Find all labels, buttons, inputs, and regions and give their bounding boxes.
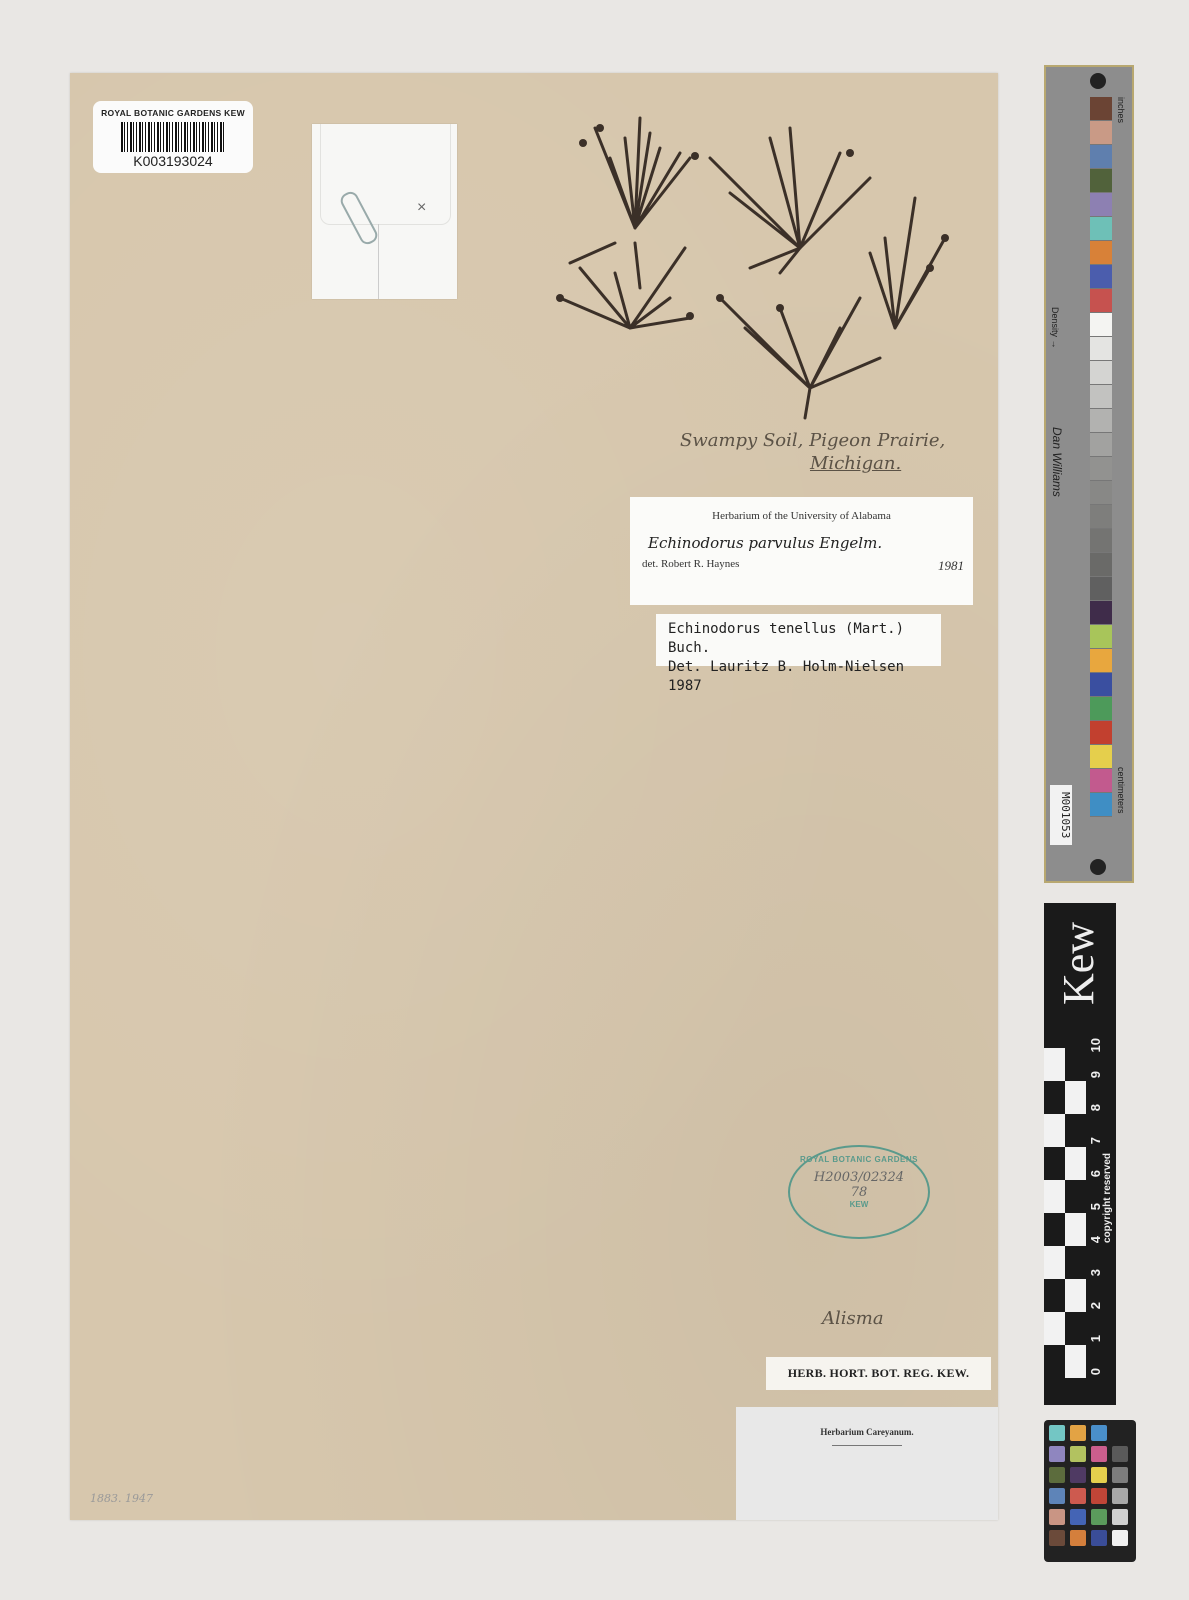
determiner-row: det. Robert R. Haynes 1981 <box>642 558 964 574</box>
color-patch <box>1090 121 1112 145</box>
checker-patch <box>1112 1509 1128 1525</box>
locality-line2: Michigan. <box>810 453 980 474</box>
herbarium-header: Herbarium of the University of Alabama <box>630 510 973 522</box>
color-patch <box>1090 721 1112 745</box>
color-patch <box>1090 505 1112 529</box>
checker-patch <box>1049 1467 1065 1483</box>
color-patch <box>1090 601 1112 625</box>
color-patch <box>1090 385 1112 409</box>
checker-patch <box>1091 1530 1107 1546</box>
color-patch <box>1090 241 1112 265</box>
color-patch <box>1090 193 1112 217</box>
locality-line1: Swampy Soil, Pigeon Prairie, <box>680 430 945 451</box>
scale-number: 5 <box>1088 1203 1103 1210</box>
color-patch <box>1090 577 1112 601</box>
color-patch <box>1090 145 1112 169</box>
color-patch <box>1090 217 1112 241</box>
det-taxon: Echinodorus tenellus (Mart.) Buch. <box>668 620 941 658</box>
color-checker-grid <box>1049 1425 1128 1546</box>
kew-logo: Kew <box>1050 918 1108 1008</box>
locality-note: Swampy Soil, Pigeon Prairie, Michigan. <box>680 430 980 474</box>
barcode-bars <box>121 122 225 152</box>
cm-scale <box>1044 1038 1086 1378</box>
checker-patch <box>1112 1446 1128 1462</box>
kew-scale-bar: Kew 012345678910 copyright reserved <box>1044 903 1116 1405</box>
carey-rule <box>832 1445 902 1446</box>
checker-patch <box>1091 1509 1107 1525</box>
color-patch <box>1090 337 1112 361</box>
checker-patch <box>1049 1446 1065 1462</box>
checker-patch <box>1070 1446 1086 1462</box>
mount-hole-icon <box>1090 859 1106 875</box>
color-patch <box>1090 745 1112 769</box>
checker-patch <box>1070 1425 1086 1441</box>
packet-slit <box>378 224 379 299</box>
color-patch <box>1090 361 1112 385</box>
determiner: det. Robert R. Haynes <box>642 558 739 574</box>
checker-patch <box>1112 1488 1128 1504</box>
density-label: Density → <box>1050 307 1060 349</box>
checker-patch <box>1070 1530 1086 1546</box>
color-patch <box>1090 553 1112 577</box>
color-patch <box>1090 313 1112 337</box>
scale-number: 4 <box>1088 1236 1103 1243</box>
scale-number: 6 <box>1088 1170 1103 1177</box>
stamp-accession: H2003/02324 <box>790 1170 928 1185</box>
checker-patch <box>1091 1467 1107 1483</box>
color-patch <box>1090 481 1112 505</box>
color-patch <box>1090 769 1112 793</box>
alabama-determination-label: Herbarium of the University of Alabama E… <box>630 497 973 605</box>
packet-mark: × <box>417 199 426 217</box>
color-patch <box>1090 673 1112 697</box>
taxon-name: Echinodorus parvulus Engelm. <box>648 534 973 552</box>
determination-slip: Echinodorus tenellus (Mart.) Buch. Det. … <box>656 614 941 666</box>
color-patch <box>1090 409 1112 433</box>
color-calibration-bar: inches centimeters Density → Dan William… <box>1044 65 1134 883</box>
color-patch <box>1090 97 1112 121</box>
barcode-label: ROYAL BOTANIC GARDENS KEW K003193024 <box>93 101 253 173</box>
checker-patch <box>1070 1509 1086 1525</box>
stamp-bottom-text: KEW <box>790 1200 928 1209</box>
checker-patch <box>1049 1509 1065 1525</box>
fragment-packet: × <box>312 124 457 299</box>
checker-patch <box>1070 1488 1086 1504</box>
checker-patch <box>1049 1488 1065 1504</box>
checker-patch <box>1112 1467 1128 1483</box>
stamp-top-text: ROYAL BOTANIC GARDENS <box>790 1155 928 1164</box>
copyright-text: copyright reserved <box>1102 1048 1113 1348</box>
checker-patch <box>1112 1425 1128 1441</box>
kew-herbarium-label: HERB. HORT. BOT. REG. KEW. <box>766 1357 991 1390</box>
color-patch <box>1090 697 1112 721</box>
plant-specimens <box>540 98 980 428</box>
scale-number: 2 <box>1088 1302 1103 1309</box>
packet-flap <box>320 124 451 225</box>
det-determiner: Det. Lauritz B. Holm-Nielsen 1987 <box>668 658 941 696</box>
scale-number: 1 <box>1088 1335 1103 1342</box>
checker-patch <box>1112 1530 1128 1546</box>
color-patch <box>1090 433 1112 457</box>
scale-number: 8 <box>1088 1104 1103 1111</box>
scale-number: 0 <box>1088 1368 1103 1375</box>
checker-patch <box>1049 1425 1065 1441</box>
color-patch <box>1090 289 1112 313</box>
color-patch <box>1090 529 1112 553</box>
barcode-number: K003193024 <box>93 153 253 169</box>
checker-patch <box>1091 1488 1107 1504</box>
pencil-note: 1883. 1947 <box>90 1492 153 1505</box>
genus-annotation: Alisma <box>822 1308 884 1329</box>
color-patch <box>1090 625 1112 649</box>
color-patch <box>1090 793 1112 817</box>
checker-patch <box>1091 1425 1107 1441</box>
carey-title: Herbarium Careyanum. <box>736 1427 998 1437</box>
color-patch <box>1090 265 1112 289</box>
color-patches <box>1090 97 1112 817</box>
centimeters-label: centimeters <box>1116 767 1126 814</box>
color-patch <box>1090 457 1112 481</box>
color-bar-code: M001053 <box>1050 785 1072 845</box>
scale-number: 3 <box>1088 1269 1103 1276</box>
mount-hole-icon <box>1090 73 1106 89</box>
stamp-number: 78 <box>790 1185 928 1200</box>
checker-patch <box>1070 1467 1086 1483</box>
kew-accession-stamp: ROYAL BOTANIC GARDENS H2003/02324 78 KEW <box>788 1145 930 1239</box>
scale-number: 7 <box>1088 1137 1103 1144</box>
checker-patch <box>1049 1530 1065 1546</box>
institution-name: ROYAL BOTANIC GARDENS KEW <box>93 108 253 118</box>
color-patch <box>1090 169 1112 193</box>
brand-label: Dan Williams <box>1050 427 1064 497</box>
carey-herbarium-label: Herbarium Careyanum. <box>736 1407 998 1520</box>
color-checker-card <box>1044 1420 1136 1562</box>
color-patch <box>1090 649 1112 673</box>
checker-patch <box>1091 1446 1107 1462</box>
scale-number: 10 <box>1088 1038 1103 1052</box>
det-year: 1981 <box>938 558 964 574</box>
scale-number: 9 <box>1088 1071 1103 1078</box>
inches-label: inches <box>1116 97 1126 123</box>
